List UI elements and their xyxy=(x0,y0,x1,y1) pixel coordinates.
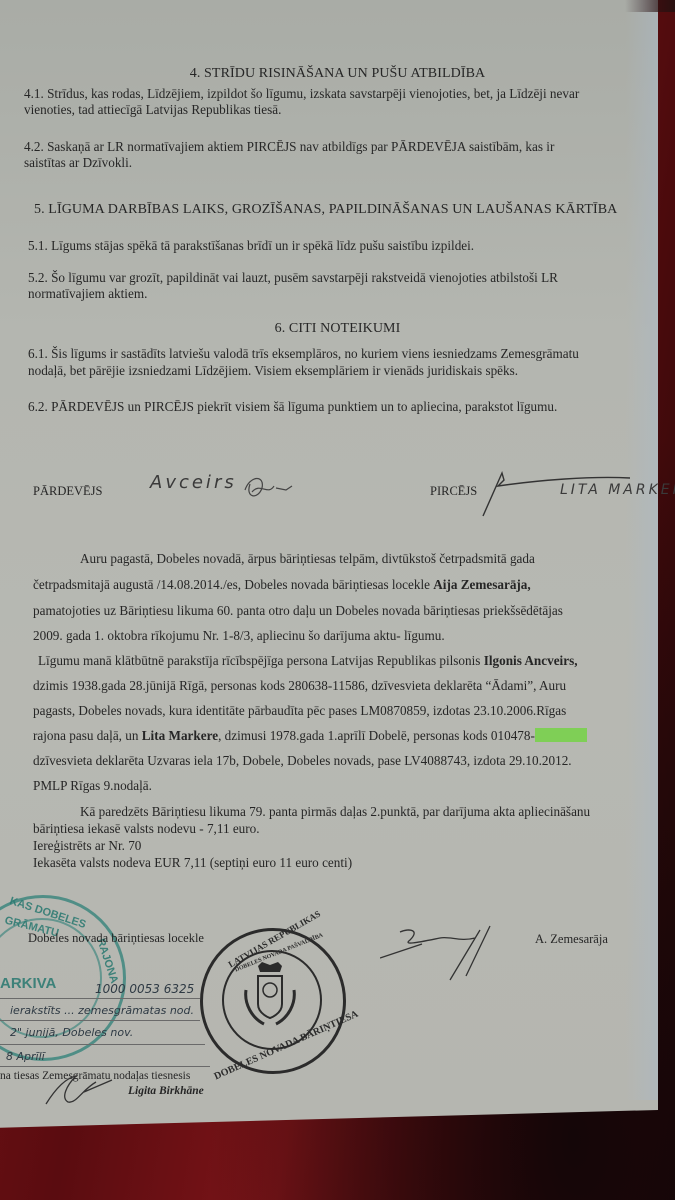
buyer-signature-name: LITA MARKER xyxy=(560,482,675,498)
handwritten-line-3: 2" junijā, Dobeles nov. xyxy=(10,1026,133,1039)
notary-line-2-text: četrpadsmitajā augustā /14.08.2014./es, … xyxy=(33,577,433,592)
handwritten-number: 1000 0053 6325 xyxy=(95,982,194,996)
board-member-label: Dobeles novada bāriņtiesas locekle xyxy=(28,930,204,946)
ruled-line-4 xyxy=(0,1066,210,1067)
notary-line-8: rajona pasu daļā, un Lita Markere, dzimu… xyxy=(33,728,587,744)
notary-line-7: pagasts, Dobeles novads, kura identitāte… xyxy=(33,703,566,719)
seller-label: PĀRDEVĒJS xyxy=(33,483,102,499)
clause-4-1-line1: 4.1. Strīdus, kas rodas, Līdzējiem, izpi… xyxy=(24,86,579,102)
registration-number: Iereģistrēts ar Nr. 70 xyxy=(33,838,141,854)
green-stamp-center: ARKIVA xyxy=(0,975,56,992)
ruled-line-1 xyxy=(0,998,200,999)
ruled-line-3 xyxy=(0,1044,205,1045)
notary-line-8-rest: , dzimusi 1978.gada 1.aprīlī Dobelē, per… xyxy=(218,728,535,743)
fee-line-1: Kā paredzēts Bāriņtiesu likuma 79. panta… xyxy=(80,804,590,820)
judge-name: Ligita Birkhāne xyxy=(128,1083,204,1099)
notary-line-3: pamatojoties uz Bāriņtiesu likuma 60. pa… xyxy=(33,603,563,619)
seller-signature: Avceirs xyxy=(150,475,237,491)
seller-signature-scribble xyxy=(240,470,300,506)
buyer-full-name: Lita Markere xyxy=(142,728,218,743)
section-4-heading: 4. STRĪDU RISINĀŠANA UN PUŠU ATBILDĪBA xyxy=(0,66,675,82)
official-name: A. Zemesarāja xyxy=(535,931,608,947)
buyer-label: PIRCĒJS xyxy=(430,483,477,499)
judge-signature xyxy=(36,1068,116,1108)
notary-line-10: PMLP Rīgas 9.nodaļā. xyxy=(33,778,152,794)
coat-of-arms-icon xyxy=(242,960,298,1034)
notary-line-4: 2009. gada 1. oktobra rīkojumu Nr. 1-8/3… xyxy=(33,628,445,644)
notary-official-name: Aija Zemesarāja, xyxy=(433,577,530,592)
clause-5-2-line2: normatīvajiem aktiem. xyxy=(28,286,147,302)
clause-4-1-line2: vienoties, tad attiecīgā Latvijas Republ… xyxy=(24,102,281,118)
handwritten-line-4: 8 Aprīlī xyxy=(6,1050,45,1063)
notary-line-5-text: Līgumu manā klātbūtnē parakstīja rīcībsp… xyxy=(38,653,484,668)
notary-line-8-text: rajona pasu daļā, un xyxy=(33,728,142,743)
notary-line-5: Līgumu manā klātbūtnē parakstīja rīcībsp… xyxy=(38,653,578,669)
clause-5-1: 5.1. Līgums stājas spēkā tā parakstīšana… xyxy=(28,238,474,254)
notary-line-9: dzīvesvieta deklarēta Uzvaras iela 17b, … xyxy=(33,753,572,769)
section-6-heading: 6. CITI NOTEIKUMI xyxy=(0,321,675,337)
contract-document: 4. STRĪDU RISINĀŠANA UN PUŠU ATBILDĪBA 4… xyxy=(0,0,675,1200)
seller-full-name: Ilgonis Ancveirs, xyxy=(484,653,578,668)
ruled-line-2 xyxy=(0,1020,200,1021)
clause-5-2-line1: 5.2. Šo līgumu var grozīt, papildināt va… xyxy=(28,270,558,286)
notary-line-1: Auru pagastā, Dobeles novadā, ārpus bāri… xyxy=(80,551,535,567)
redaction-block xyxy=(535,728,587,742)
clause-6-1-line1: 6.1. Šis līgums ir sastādīts latviešu va… xyxy=(28,346,579,362)
clause-6-1-line2: nodaļā, bet pārējie izsniedzami Līdzējie… xyxy=(28,363,518,379)
section-5-heading: 5. LĪGUMA DARBĪBAS LAIKS, GROZĪŠANAS, PA… xyxy=(34,202,617,218)
notary-line-2: četrpadsmitajā augustā /14.08.2014./es, … xyxy=(33,577,531,593)
clause-4-2-line2: saistītas ar Dzīvokli. xyxy=(24,155,132,171)
clause-6-2: 6.2. PĀRDEVĒJS un PIRCĒJS piekrīt visiem… xyxy=(28,399,557,415)
official-signature xyxy=(380,920,510,982)
notary-line-6: dzimis 1938.gada 28.jūnijā Rīgā, persona… xyxy=(33,678,566,694)
handwritten-line-2: ierakstīts ... zemesgrāmatas nod. xyxy=(10,1004,194,1017)
clause-4-2-line1: 4.2. Saskaņā ar LR normatīvajiem aktiem … xyxy=(24,139,554,155)
fee-line-2: bāriņtiesa iekasē valsts nodevu - 7,11 e… xyxy=(33,821,260,837)
fee-collected: Iekasēta valsts nodeva EUR 7,11 (septiņi… xyxy=(33,855,352,871)
